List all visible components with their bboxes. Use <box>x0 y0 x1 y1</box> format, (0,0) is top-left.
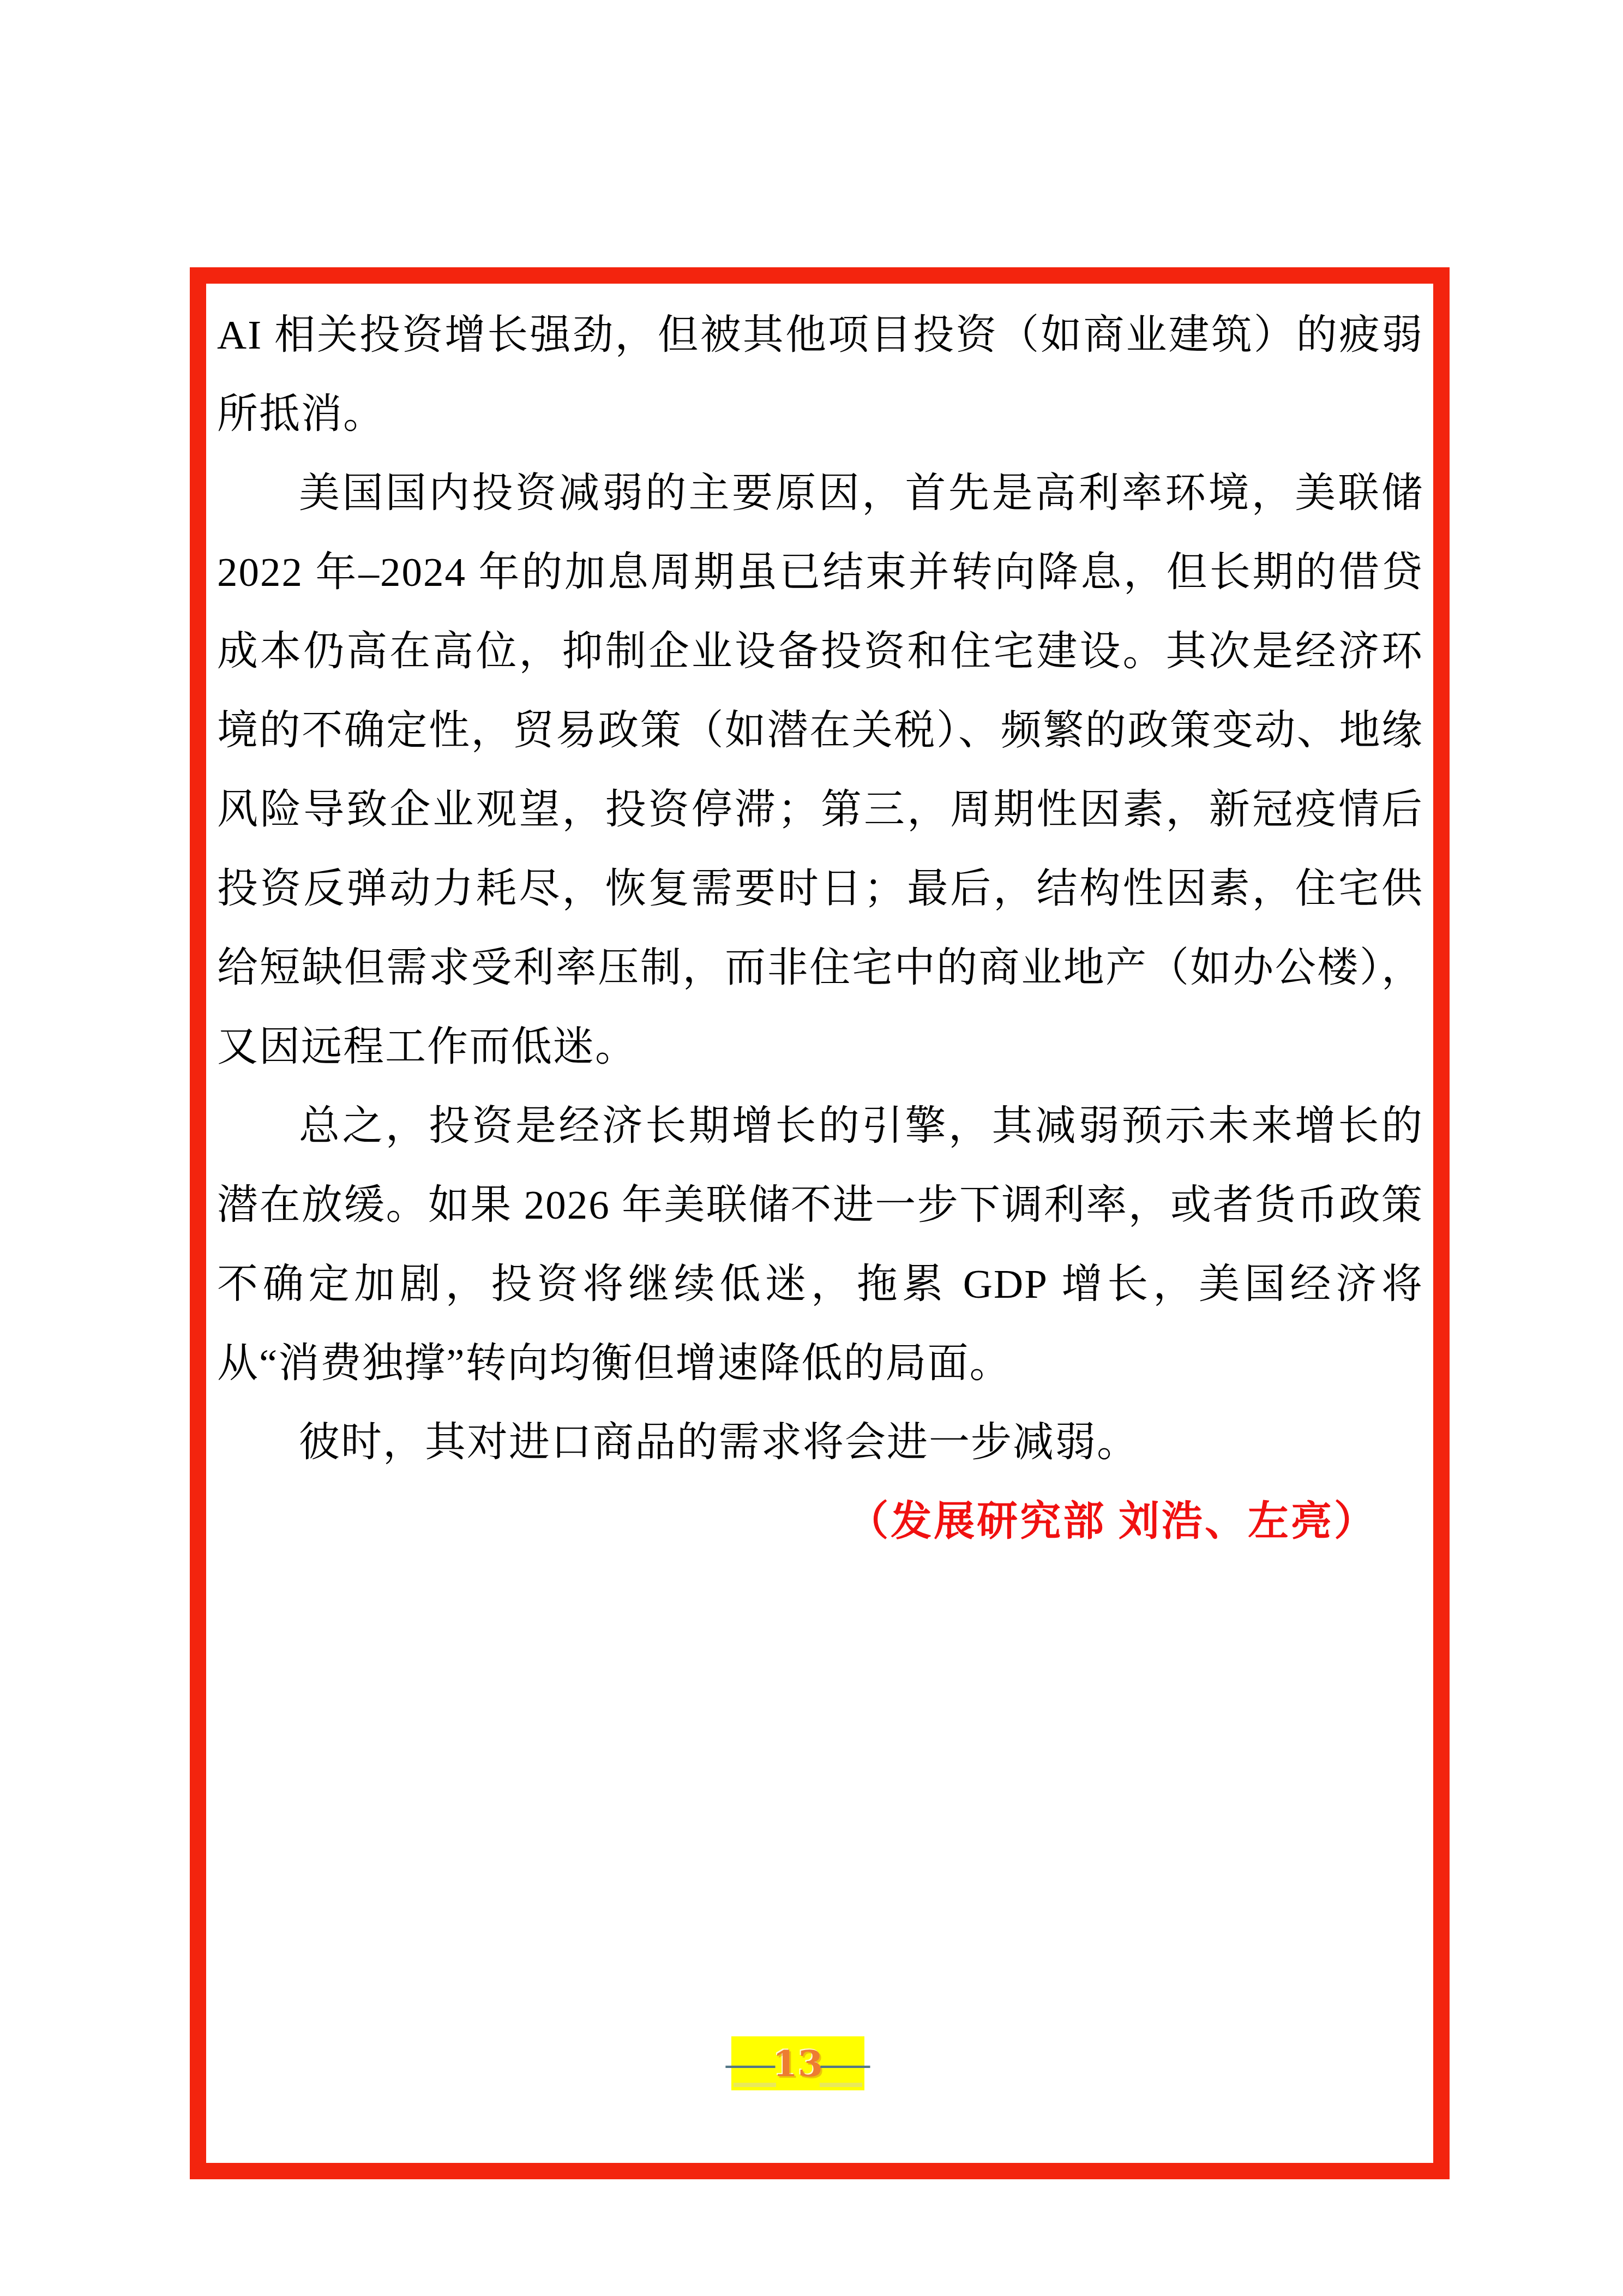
author-attribution: （发展研究部 刘浩、左亮） <box>217 1482 1423 1561</box>
paragraph-investment-causes: 美国国内投资减弱的主要原因，首先是高利率环境，美联储 2022 年–2024 年… <box>217 454 1423 1087</box>
document-page: AI 相关投资增长强劲，但被其他项目投资（如商业建筑）的疲弱所抵消。 美国国内投… <box>0 0 1623 2296</box>
paragraph-import-demand: 彼时，其对进口商品的需求将会进一步减弱。 <box>217 1403 1423 1482</box>
body-text-area: AI 相关投资增长强劲，但被其他项目投资（如商业建筑）的疲弱所抵消。 美国国内投… <box>206 284 1433 1561</box>
page-number-footer: — 13 — <box>731 2036 864 2090</box>
page-number: 13 <box>773 2046 823 2082</box>
document-border-frame: AI 相关投资增长强劲，但被其他项目投资（如商业建筑）的疲弱所抵消。 美国国内投… <box>190 267 1450 2179</box>
paragraph-conclusion: 总之，投资是经济长期增长的引擎，其减弱预示未来增长的潜在放缓。如果 2026 年… <box>217 1087 1423 1403</box>
footer-dash-left: — <box>726 2047 775 2081</box>
paragraph-continuation: AI 相关投资增长强劲，但被其他项目投资（如商业建筑）的疲弱所抵消。 <box>217 296 1423 454</box>
footer-dash-right: — <box>821 2047 870 2081</box>
